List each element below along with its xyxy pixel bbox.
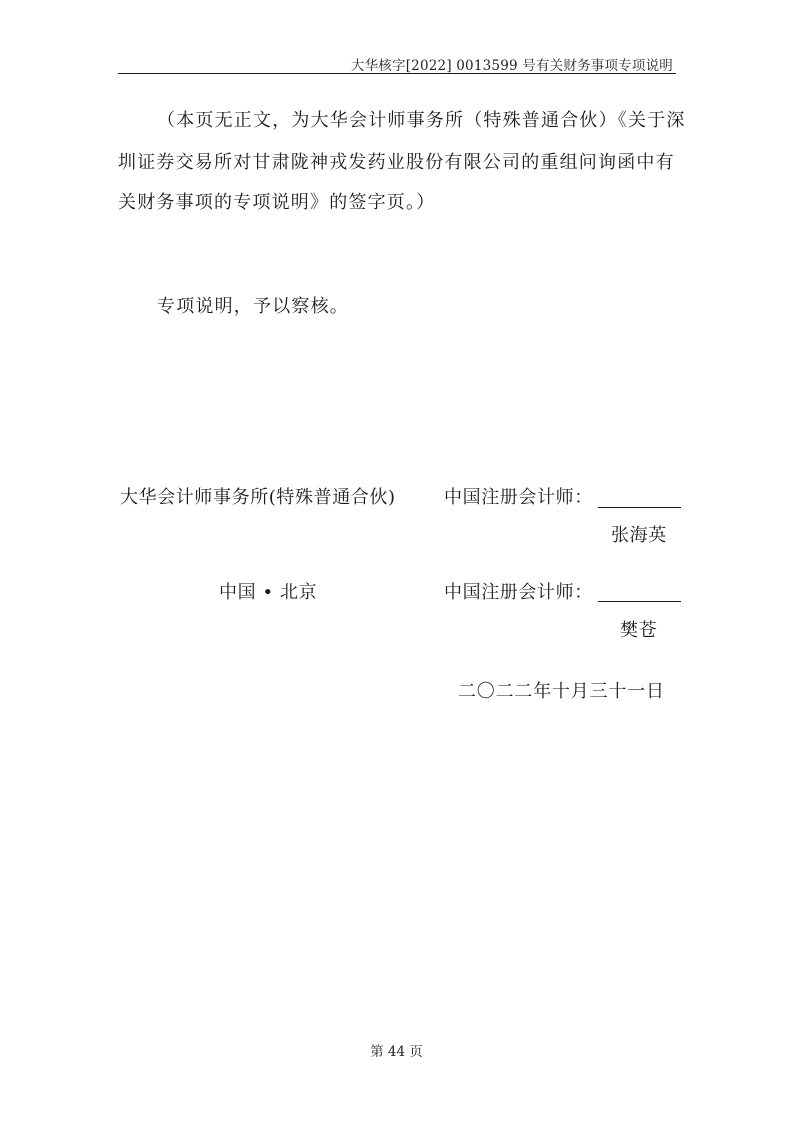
note-line-2: 圳证券交易所对甘肃陇神戎发药业股份有限公司的重组问询函中有 (118, 148, 675, 174)
firm-name: 大华会计师事务所(特殊普通合伙) (120, 483, 396, 509)
page-number: 第 44 页 (0, 1040, 793, 1060)
cpa-label-2: 中国注册会计师： (444, 578, 593, 604)
note-line-3: 关财务事项的专项说明》的签字页。） (118, 188, 435, 214)
signer-name-1: 张海英 (611, 521, 667, 547)
signer-name-2: 樊苍 (620, 616, 657, 642)
note-line-1: （本页无正文，为大华会计师事务所（特殊普通合伙）《关于深 (157, 106, 686, 132)
signature-line-2 (598, 601, 681, 602)
cpa-label-1: 中国注册会计师： (444, 483, 593, 509)
header-title: 大华核字[2022] 0013599 号有关财务事项专项说明 (351, 54, 673, 74)
approval-text: 专项说明，予以察核。 (157, 292, 349, 318)
signature-line-1 (598, 507, 681, 508)
firm-location: 中国 • 北京 (219, 578, 317, 604)
signature-date: 二〇二二年十月三十一日 (458, 677, 665, 703)
header-rule (118, 73, 676, 74)
